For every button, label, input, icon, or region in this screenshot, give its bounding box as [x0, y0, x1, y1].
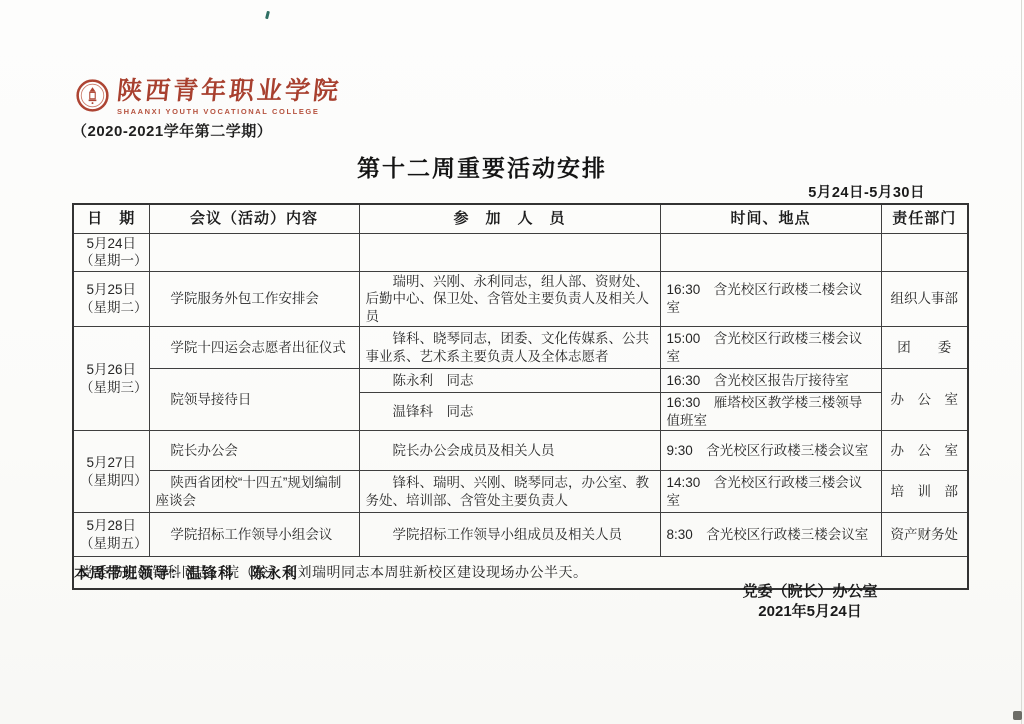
department-cell: 培 训 部	[881, 471, 968, 513]
participants-cell: 温锋科 同志	[359, 393, 660, 431]
college-logo: 陕西青年职业学院 SHAANXI YOUTH VOCATIONAL COLLEG…	[76, 79, 341, 117]
weekly-schedule-table: 日 期 会议（活动）内容 参 加 人 员 时间、地点 责任部门 5月24日 （星…	[72, 203, 969, 590]
participants-cell: 学院招标工作领导小组成员及相关人员	[359, 513, 660, 557]
duty-leaders-line: 本周带班领导：温锋科 陈永利	[74, 562, 298, 583]
date-cell: 5月26日 （星期三）	[73, 327, 149, 431]
activity-cell	[149, 233, 359, 271]
date-text: 5月28日	[80, 517, 143, 535]
issue-date: 2021年5月24日	[740, 602, 880, 622]
issuer-office: 党委（院长）办公室	[740, 582, 880, 602]
header-department: 责任部门	[881, 204, 968, 233]
date-cell: 5月27日 （星期四）	[73, 431, 149, 513]
time-location-cell	[660, 233, 881, 271]
activity-cell: 院长办公会	[149, 431, 359, 471]
table-row-tuesday: 5月25日 （星期二） 学院服务外包工作安排会 瑞明、兴刚、永利同志，组人部、资…	[73, 271, 968, 327]
college-name-en: SHAANXI YOUTH VOCATIONAL COLLEGE	[117, 107, 341, 116]
date-cell: 5月24日 （星期一）	[73, 233, 149, 271]
college-emblem-icon	[76, 79, 109, 117]
participants-cell: 锋科、瑞明、兴刚、晓琴同志，办公室、教务处、培训部、含管处主要负责人	[359, 471, 660, 513]
weekday-text: （星期二）	[80, 299, 143, 317]
department-cell	[881, 233, 968, 271]
activity-cell: 陕西省团校“十四五”规划编制座谈会	[149, 471, 359, 513]
table-row-wednesday-2: 院领导接待日 陈永利 同志 16:30 含光校区报告厅接待室 办 公 室	[73, 369, 968, 393]
table-row-friday: 5月28日 （星期五） 学院招标工作领导小组会议 学院招标工作领导小组成员及相关…	[73, 513, 968, 557]
activity-cell: 院领导接待日	[149, 369, 359, 431]
scan-corner-mark	[1013, 711, 1022, 720]
date-text: 5月27日	[80, 454, 143, 472]
participants-cell: 锋科、晓琴同志，团委、文化传媒系、公共事业系、艺术系主要负责人及全体志愿者	[359, 327, 660, 369]
activity-cell: 学院十四运会志愿者出征仪式	[149, 327, 359, 369]
activity-cell: 学院招标工作领导小组会议	[149, 513, 359, 557]
participants-cell: 瑞明、兴刚、永利同志，组人部、资财处、后勤中心、保卫处、含管处主要负责人及相关人…	[359, 271, 660, 327]
activity-cell: 学院服务外包工作安排会	[149, 271, 359, 327]
weekday-text: （星期一）	[80, 252, 143, 270]
date-cell: 5月25日 （星期二）	[73, 271, 149, 327]
participants-cell: 院长办公会成员及相关人员	[359, 431, 660, 471]
time-location-cell: 16:30 含光校区行政楼二楼会议室	[660, 271, 881, 327]
weekday-text: （星期五）	[80, 535, 143, 553]
table-row-wednesday-1: 5月26日 （星期三） 学院十四运会志愿者出征仪式 锋科、晓琴同志，团委、文化传…	[73, 327, 968, 369]
header-participants: 参 加 人 员	[359, 204, 660, 233]
date-text: 5月25日	[80, 281, 143, 299]
scanned-document-page: 陕西青年职业学院 SHAANXI YOUTH VOCATIONAL COLLEG…	[0, 0, 1024, 724]
participants-cell: 陈永利 同志	[359, 369, 660, 393]
header-time-location: 时间、地点	[660, 204, 881, 233]
time-location-cell: 16:30 雁塔校区教学楼三楼领导值班室	[660, 393, 881, 431]
weekday-text: （星期四）	[80, 472, 143, 490]
time-location-cell: 8:30 含光校区行政楼三楼会议室	[660, 513, 881, 557]
header-date: 日 期	[73, 204, 149, 233]
table-row-thursday-2: 陕西省团校“十四五”规划编制座谈会 锋科、瑞明、兴刚、晓琴同志，办公室、教务处、…	[73, 471, 968, 513]
department-cell: 团 委	[881, 327, 968, 369]
time-location-cell: 15:00 含光校区行政楼三楼会议室	[660, 327, 881, 369]
department-cell: 组织人事部	[881, 271, 968, 327]
date-cell: 5月28日 （星期五）	[73, 513, 149, 557]
time-location-cell: 16:30 含光校区报告厅接待室	[660, 369, 881, 393]
time-location-cell: 14:30 含光校区行政楼三楼会议室	[660, 471, 881, 513]
semester-label: （2020-2021学年第二学期）	[72, 120, 272, 141]
department-cell: 资产财务处	[881, 513, 968, 557]
document-title: 第十二周重要活动安排	[0, 150, 964, 183]
department-cell: 办 公 室	[881, 431, 968, 471]
weekday-text: （星期三）	[80, 379, 143, 397]
week-date-range: 5月24日-5月30日	[808, 181, 925, 202]
college-name-zh: 陕西青年职业学院	[116, 79, 343, 104]
scan-edge-line	[1021, 0, 1022, 724]
table-row-monday: 5月24日 （星期一）	[73, 233, 968, 271]
department-cell: 办 公 室	[881, 369, 968, 431]
date-text: 5月24日	[80, 235, 143, 253]
header-activity: 会议（活动）内容	[149, 204, 359, 233]
scan-artifact-mark	[265, 11, 270, 19]
issuer-block: 党委（院长）办公室 2021年5月24日	[740, 582, 880, 623]
table-row-thursday-1: 5月27日 （星期四） 院长办公会 院长办公会成员及相关人员 9:30 含光校区…	[73, 431, 968, 471]
date-text: 5月26日	[80, 361, 143, 379]
time-location-cell: 9:30 含光校区行政楼三楼会议室	[660, 431, 881, 471]
table-header-row: 日 期 会议（活动）内容 参 加 人 员 时间、地点 责任部门	[73, 204, 968, 233]
participants-cell	[359, 233, 660, 271]
